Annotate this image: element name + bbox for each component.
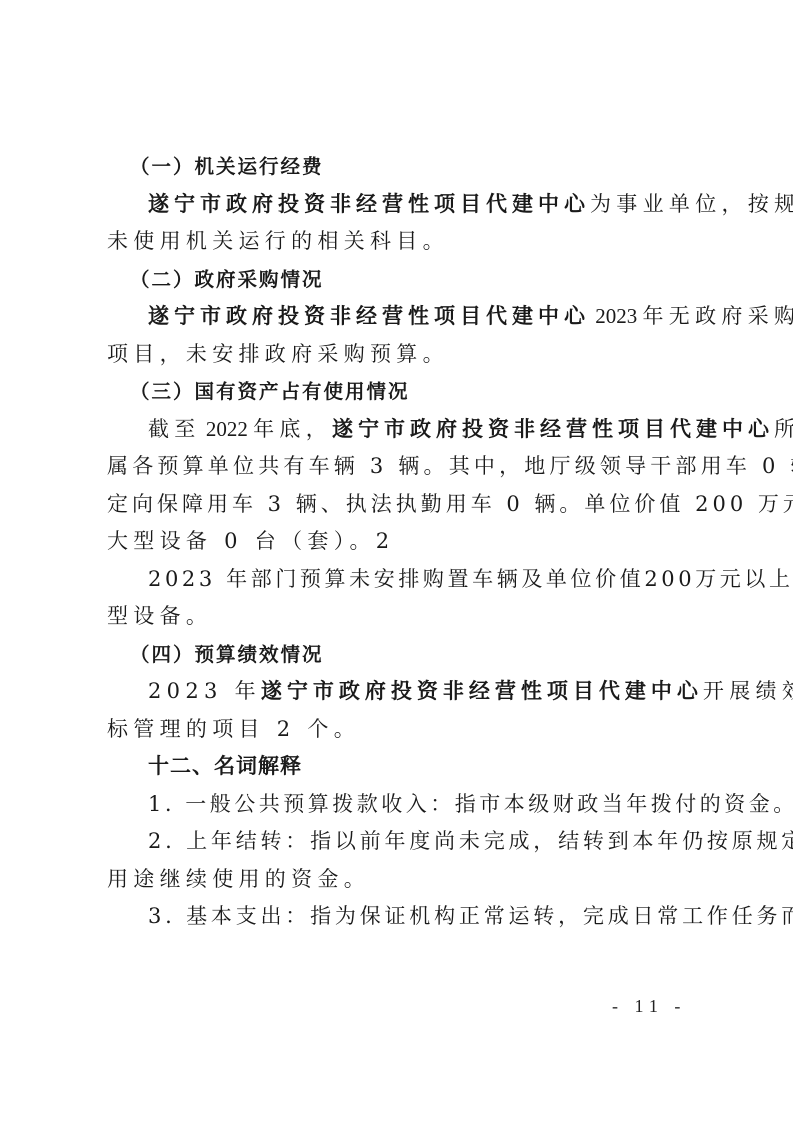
paragraph-line: 2023 年部门预算未安排购置车辆及单位价值200万元以上大 (107, 561, 695, 599)
paragraph-line: 项目，未安排政府采购预算。 (107, 336, 695, 374)
paragraph-line: 用途继续使用的资金。 (107, 861, 695, 899)
year: 2022 (201, 417, 254, 441)
paragraph-line: 未使用机关运行的相关科目。 (107, 223, 695, 261)
chapter-heading-glossary: 十二、名词解释 (107, 748, 695, 786)
text: 开展绩效目 (703, 679, 793, 703)
year: 2023 年 (148, 679, 261, 703)
section-heading-state-assets: （三）国有资产占有使用情况 (107, 373, 695, 411)
page-number: - 11 - (612, 996, 686, 1017)
year: 2023 (590, 304, 643, 328)
section-heading-procurement: （二）政府采购情况 (107, 261, 695, 299)
text: 为事业单位，按规定 (590, 192, 793, 216)
paragraph-line: 型设备。 (107, 598, 695, 636)
text: 年无政府采购 (643, 304, 793, 328)
section-heading-operating-expenses: （一）机关运行经费 (107, 148, 695, 186)
paragraph-line: 遂宁市政府投资非经营性项目代建中心为事业单位，按规定 (107, 186, 695, 224)
paragraph-line: 定向保障用车 3 辆、执法执勤用车 0 辆。单位价值 200 万元以上 (107, 486, 695, 524)
org-name: 遂宁市政府投资非经营性项目代建中心 (261, 679, 703, 703)
org-name: 遂宁市政府投资非经营性项目代建中心 (332, 417, 774, 441)
org-name: 遂宁市政府投资非经营性项目代建中心 (148, 304, 590, 328)
paragraph-line: 截至 2022 年底，遂宁市政府投资非经营性项目代建中心所 (107, 411, 695, 449)
paragraph-line: 遂宁市政府投资非经营性项目代建中心 2023 年无政府采购 (107, 298, 695, 336)
paragraph-line: 属各预算单位共有车辆 3 辆。其中，地厅级领导干部用车 0 辆、 (107, 448, 695, 486)
section-heading-performance: （四）预算绩效情况 (107, 636, 695, 674)
text: 年底， (253, 417, 332, 441)
paragraph-line: 标管理的项目 2 个。 (107, 711, 695, 749)
text: 截至 (148, 417, 201, 441)
glossary-item-3: 3. 基本支出：指为保证机构正常运转，完成日常工作任务而 (107, 898, 695, 936)
document-body: （一）机关运行经费 遂宁市政府投资非经营性项目代建中心为事业单位，按规定 未使用… (107, 148, 695, 936)
paragraph-line: 2023 年遂宁市政府投资非经营性项目代建中心开展绩效目 (107, 673, 695, 711)
glossary-item-1: 1. 一般公共预算拨款收入：指市本级财政当年拨付的资金。 (107, 786, 695, 824)
glossary-item-2: 2. 上年结转：指以前年度尚未完成，结转到本年仍按原规定 (107, 823, 695, 861)
paragraph-line: 大型设备 0 台（套）。2 (107, 523, 695, 561)
text: 所 (774, 417, 793, 441)
org-name: 遂宁市政府投资非经营性项目代建中心 (148, 192, 590, 216)
